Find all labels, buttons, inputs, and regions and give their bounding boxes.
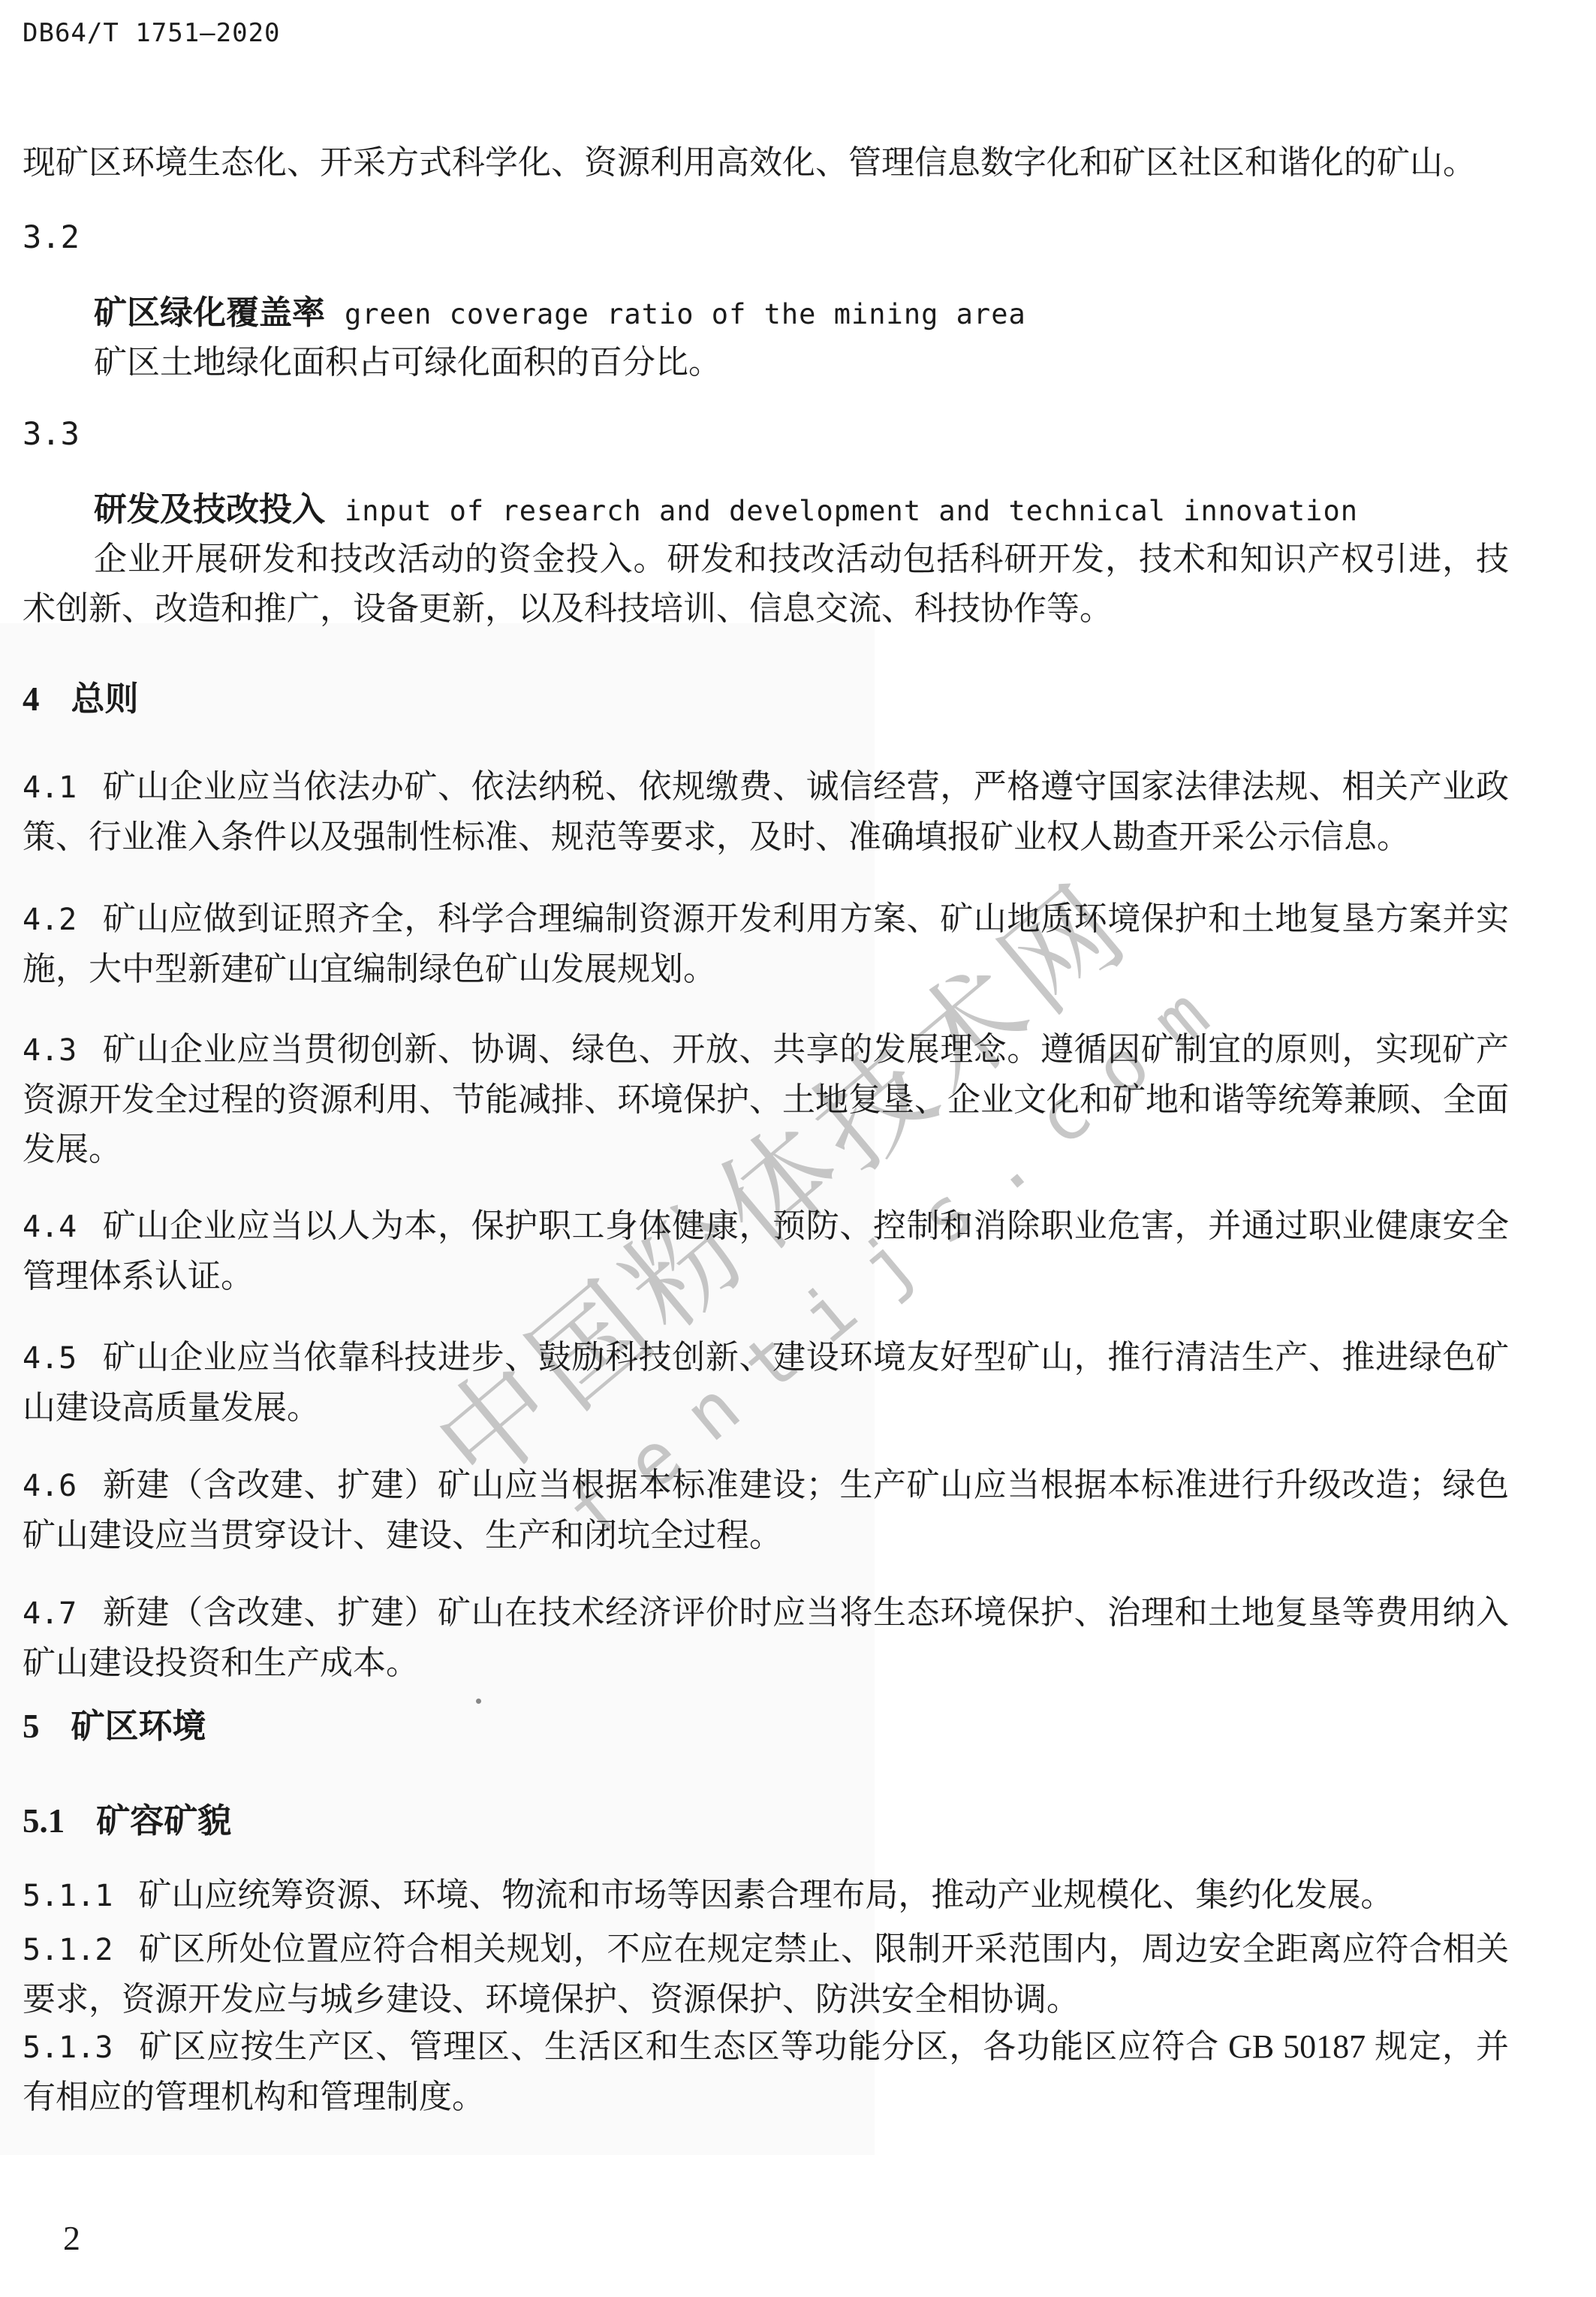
clause-5-1-1-number: 5.1.1 <box>23 1879 113 1913</box>
term-3-3-number: 3.3 <box>23 409 1509 459</box>
term-3-3-title: 研发及技改投入input of research and development… <box>23 485 1509 536</box>
section-4-title: 总则 <box>71 680 139 718</box>
clause-4-2: 4.2矿山应做到证照齐全，科学合理编制资源开发利用方案、矿山地质环境保护和土地复… <box>23 894 1509 994</box>
section-4-heading: 4总则 <box>23 674 1509 724</box>
term-3-2-title: 矿区绿化覆盖率green coverage ratio of the minin… <box>23 288 1509 339</box>
clause-5-1-3-number: 5.1.3 <box>23 2030 113 2065</box>
term-3-3-english: input of research and development and te… <box>345 495 1358 527</box>
term-3-2-english: green coverage ratio of the mining area <box>345 298 1026 330</box>
term-3-2-definition: 矿区土地绿化面积占可绿化面积的百分比。 <box>23 338 1509 387</box>
clause-4-4-number: 4.4 <box>23 1210 77 1244</box>
clause-4-2-text: 矿山应做到证照齐全，科学合理编制资源开发利用方案、矿山地质环境保护和土地复垦方案… <box>23 900 1509 987</box>
clause-4-4: 4.4矿山企业应当以人为本，保护职工身体健康，预防、控制和消除职业危害，并通过职… <box>23 1201 1509 1301</box>
term-3-2-chinese: 矿区绿化覆盖率 <box>94 294 325 331</box>
clause-5-1-2: 5.1.2矿区所处位置应符合相关规划，不应在规定禁止、限制开采范围内，周边安全距… <box>23 1925 1509 2024</box>
section-5-1-number: 5.1 <box>23 1802 65 1840</box>
clause-4-4-text: 矿山企业应当以人为本，保护职工身体健康，预防、控制和消除职业危害，并通过职业健康… <box>23 1207 1509 1295</box>
section-5-number: 5 <box>23 1708 40 1745</box>
clause-4-1-number: 4.1 <box>23 770 77 805</box>
section-5-1-heading: 5.1矿容矿貌 <box>23 1796 1509 1846</box>
clause-5-1-3-text: 矿区应按生产区、管理区、生活区和生态区等功能分区，各功能区应符合 GB 5018… <box>23 2028 1509 2115</box>
clause-4-3-number: 4.3 <box>23 1033 77 1068</box>
clause-4-7-text: 新建（含改建、扩建）矿山在技术经济评价时应当将生态环境保护、治理和土地复垦等费用… <box>23 1594 1509 1681</box>
clause-4-6: 4.6新建（含改建、扩建）矿山应当根据本标准建设；生产矿山应当根据本标准进行升级… <box>23 1460 1509 1560</box>
clause-4-3-text: 矿山企业应当贯彻创新、协调、绿色、开放、共享的发展理念。遵循因矿制宜的原则，实现… <box>23 1031 1509 1168</box>
section-5-heading: 5矿区环境 <box>23 1702 1509 1751</box>
clause-4-7: 4.7新建（含改建、扩建）矿山在技术经济评价时应当将生态环境保护、治理和土地复垦… <box>23 1588 1509 1688</box>
clause-4-5-number: 4.5 <box>23 1341 77 1376</box>
clause-4-7-number: 4.7 <box>23 1596 77 1631</box>
section-5-1-title: 矿容矿貌 <box>96 1802 231 1840</box>
clause-4-1: 4.1矿山企业应当依法办矿、依法纳税、依规缴费、诚信经营，严格遵守国家法律法规、… <box>23 762 1509 862</box>
intro-paragraph: 现矿区环境生态化、开采方式科学化、资源利用高效化、管理信息数字化和矿区社区和谐化… <box>23 138 1509 188</box>
scan-speck <box>476 1699 481 1704</box>
clause-5-1-3: 5.1.3矿区应按生产区、管理区、生活区和生态区等功能分区，各功能区应符合 GB… <box>23 2022 1509 2122</box>
clause-4-6-text: 新建（含改建、扩建）矿山应当根据本标准建设；生产矿山应当根据本标准进行升级改造；… <box>23 1467 1509 1554</box>
term-3-2-number: 3.2 <box>23 213 1509 262</box>
clause-4-6-number: 4.6 <box>23 1469 77 1503</box>
term-3-3-definition: 企业开展研发和技改活动的资金投入。研发和技改活动包括科研开发，技术和知识产权引进… <box>23 535 1509 634</box>
clause-4-5-text: 矿山企业应当依靠科技进步、鼓励科技创新、建设环境友好型矿山，推行清洁生产、推进绿… <box>23 1339 1509 1426</box>
clause-4-1-text: 矿山企业应当依法办矿、依法纳税、依规缴费、诚信经营，严格遵守国家法律法规、相关产… <box>23 768 1509 855</box>
clause-4-3: 4.3矿山企业应当贯彻创新、协调、绿色、开放、共享的发展理念。遵循因矿制宜的原则… <box>23 1025 1509 1174</box>
page-number: 2 <box>63 2214 80 2263</box>
clause-4-5: 4.5矿山企业应当依靠科技进步、鼓励科技创新、建设环境友好型矿山，推行清洁生产、… <box>23 1333 1509 1433</box>
clause-5-1-2-text: 矿区所处位置应符合相关规划，不应在规定禁止、限制开采范围内，周边安全距离应符合相… <box>23 1931 1509 2018</box>
term-3-3-chinese: 研发及技改投入 <box>94 491 325 528</box>
clause-5-1-1: 5.1.1矿山应统筹资源、环境、物流和市场等因素合理布局，推动产业规模化、集约化… <box>23 1870 1509 1921</box>
document-code-header: DB64/T 1751—2020 <box>23 15 1509 51</box>
clause-5-1-2-number: 5.1.2 <box>23 1933 113 1967</box>
section-5-title: 矿区环境 <box>71 1708 206 1745</box>
clause-4-2-number: 4.2 <box>23 903 77 937</box>
clause-5-1-1-text: 矿山应统筹资源、环境、物流和市场等因素合理布局，推动产业规模化、集约化发展。 <box>138 1876 1393 1913</box>
document-page: 中国粉体技术网 fentijs.com DB64/T 1751—2020 现矿区… <box>0 0 1596 2297</box>
section-4-number: 4 <box>23 680 40 718</box>
